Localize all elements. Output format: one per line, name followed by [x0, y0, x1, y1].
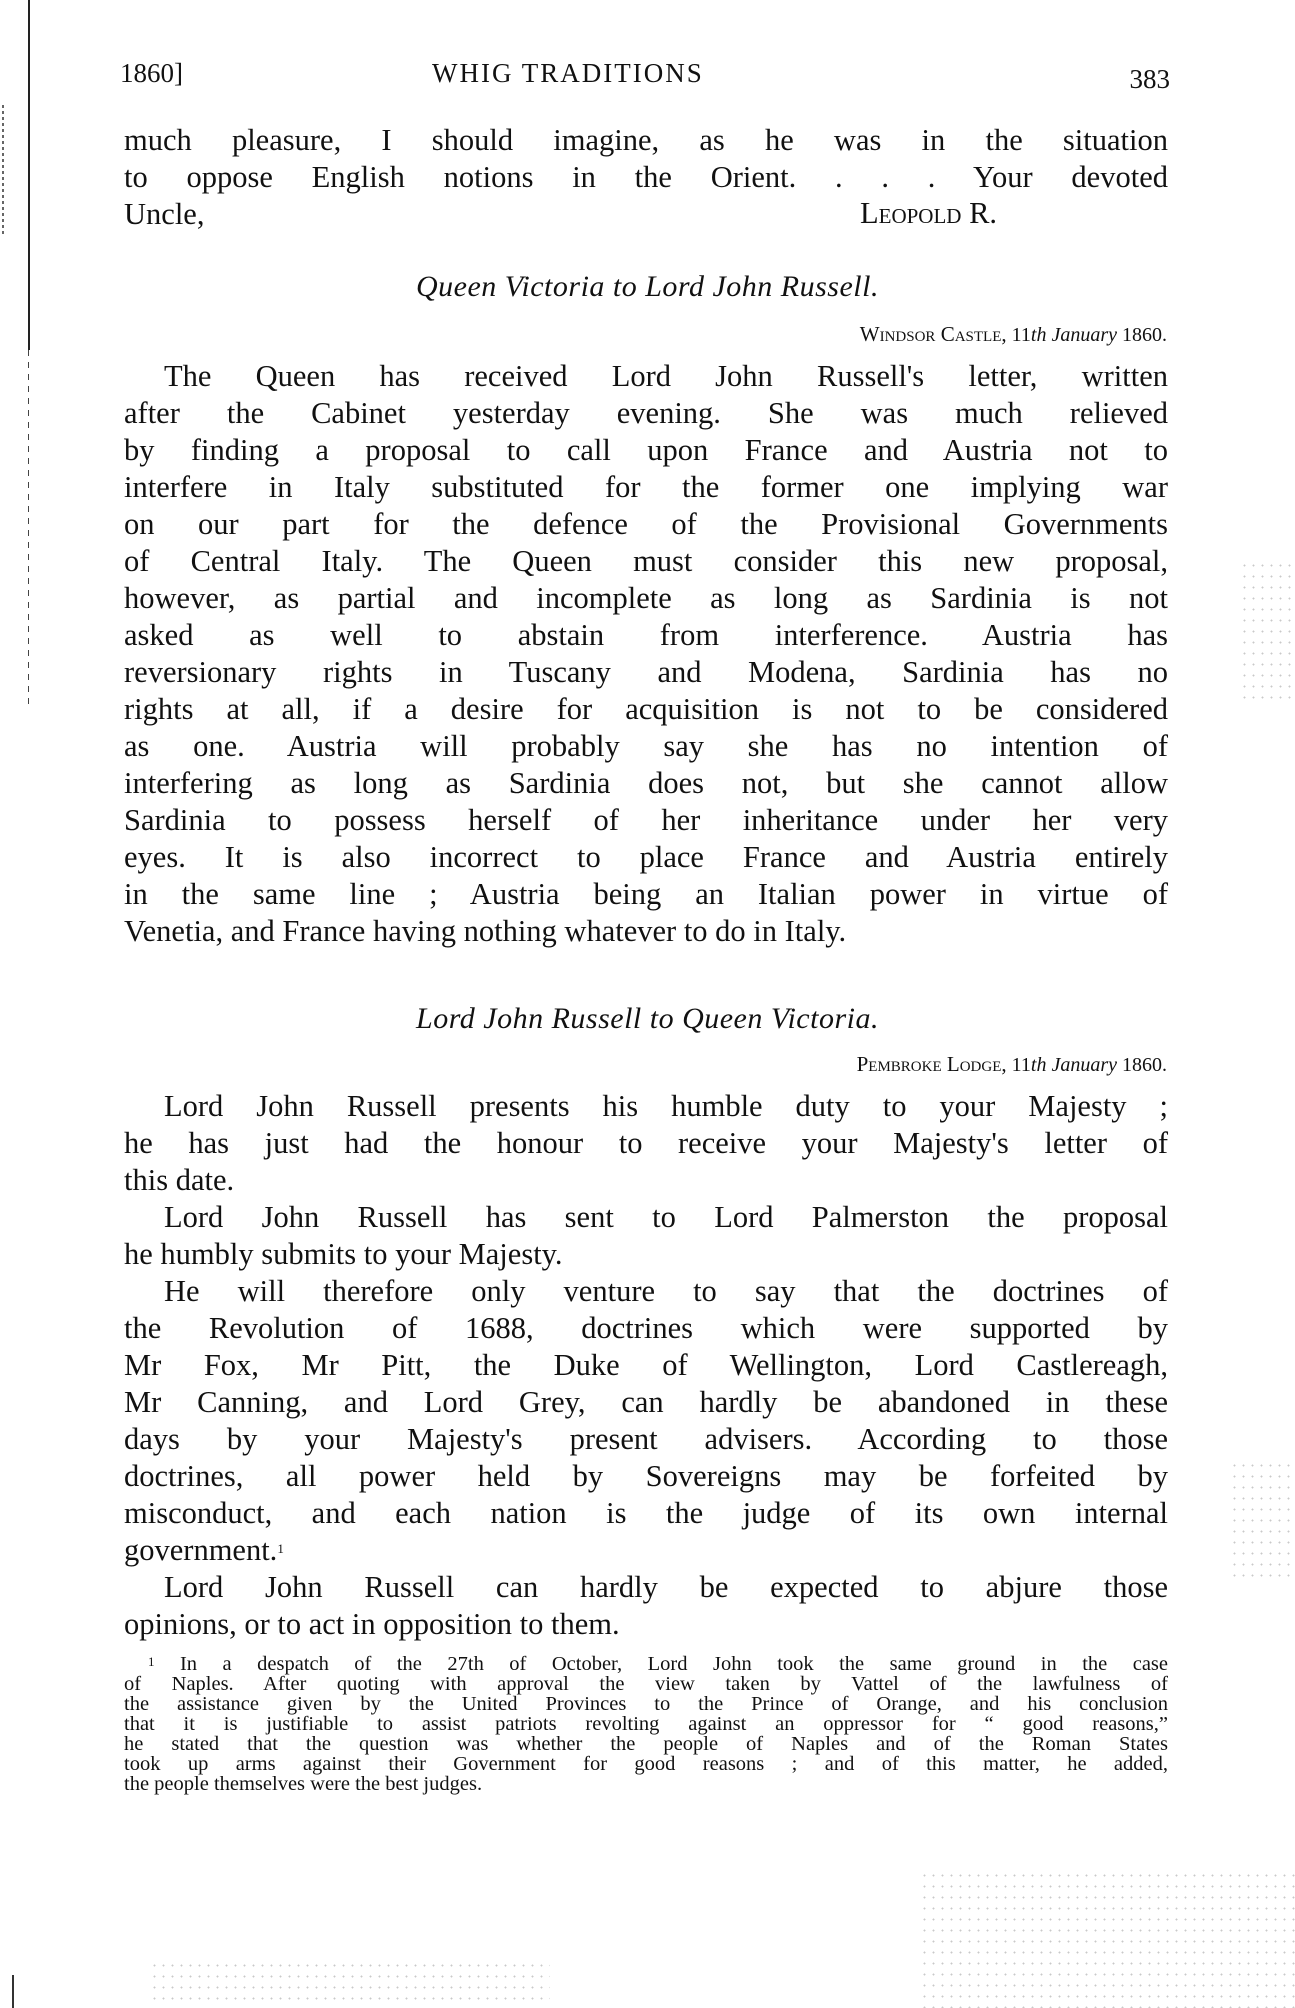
text-line: Venetia, and France having nothing whate… [124, 913, 1168, 950]
text-line: Lord John Russell presents his humble du… [164, 1088, 1168, 1125]
text-line: Sardinia to possess herself of her inher… [124, 802, 1168, 839]
running-title: WHIG TRADITIONS [432, 58, 704, 89]
text-line: Uncle, [124, 196, 1168, 233]
book-page: 1860] WHIG TRADITIONS 383 much pleasure,… [0, 0, 1295, 2008]
dateline-place: Windsor Castle, [860, 322, 1007, 346]
text-line: much pleasure, I should imagine, as he w… [124, 122, 1168, 159]
footnote-text: In a despatch of the 27th of October, Lo… [180, 1653, 1168, 1675]
text-line: misconduct, and each nation is the judge… [124, 1495, 1168, 1532]
page-number: 383 [1130, 64, 1171, 95]
footnote-line: that it is justifiable to assist patriot… [124, 1714, 1168, 1734]
footnote-line: the assistance given by the United Provi… [124, 1694, 1168, 1714]
scan-noise [1230, 1460, 1295, 1580]
text-line: however, as partial and incomplete as lo… [124, 580, 1168, 617]
text-line: interfering as long as Sardinia does not… [124, 765, 1168, 802]
letter-heading: Lord John Russell to Queen Victoria. [0, 1002, 1295, 1036]
dateline-year: 1860. [1122, 324, 1167, 346]
text-line: this date. [124, 1162, 1168, 1199]
scan-noise [920, 1870, 1295, 2008]
letter-dateline: Windsor Castle, 11th January 1860. [860, 322, 1167, 347]
letter-heading: Queen Victoria to Lord John Russell. [0, 270, 1295, 304]
footnote-line: he stated that the question was whether … [124, 1734, 1168, 1754]
text-line: of Central Italy. The Queen must conside… [124, 543, 1168, 580]
scan-noise [1240, 560, 1295, 700]
dateline-place: Pembroke Lodge, [857, 1052, 1007, 1076]
text-line: Mr Fox, Mr Pitt, the Duke of Wellington,… [124, 1347, 1168, 1384]
dateline-day: 11th [1012, 1054, 1047, 1076]
footnote-line: 1 In a despatch of the 27th of October, … [148, 1654, 1168, 1674]
text-line-with-footnote: government.1 [124, 1532, 1168, 1569]
text-line: days by your Majesty's present advisers.… [124, 1421, 1168, 1458]
footnote-reference[interactable]: 1 [277, 1541, 284, 1556]
text-line-content: government. [124, 1533, 277, 1567]
footnote-line: the people themselves were the best judg… [124, 1774, 1168, 1794]
text-line: by finding a proposal to call upon Franc… [124, 432, 1168, 469]
text-line: doctrines, all power held by Sovereigns … [124, 1458, 1168, 1495]
text-line: Lord John Russell can hardly be expected… [164, 1569, 1168, 1606]
text-line: on our part for the defence of the Provi… [124, 506, 1168, 543]
text-line: as one. Austria will probably say she ha… [124, 728, 1168, 765]
footnote-line: of Naples. After quoting with approval t… [124, 1674, 1168, 1694]
header-year: 1860] [120, 58, 183, 89]
text-line: opinions, or to act in opposition to the… [124, 1606, 1168, 1643]
dateline-month: January [1051, 324, 1117, 346]
text-line: the Revolution of 1688, doctrines which … [124, 1310, 1168, 1347]
text-line: he humbly submits to your Majesty. [124, 1236, 1168, 1273]
text-line: reversionary rights in Tuscany and Moden… [124, 654, 1168, 691]
text-line: The Queen has received Lord John Russell… [164, 358, 1168, 395]
text-line: rights at all, if a desire for acquisiti… [124, 691, 1168, 728]
text-line: eyes. It is also incorrect to place Fran… [124, 839, 1168, 876]
scan-noise [150, 1960, 550, 2008]
scan-margin-line-bottom [12, 1975, 14, 2008]
dateline-day: 11th [1012, 324, 1047, 346]
signature: Leopold R. [860, 196, 997, 231]
text-line: after the Cabinet yesterday evening. She… [124, 395, 1168, 432]
text-line: Mr Canning, and Lord Grey, can hardly be… [124, 1384, 1168, 1421]
text-line: He will therefore only venture to say th… [164, 1273, 1168, 1310]
text-line: asked as well to abstain from interferen… [124, 617, 1168, 654]
text-line: to oppose English notions in the Orient.… [124, 159, 1168, 196]
dateline-month: January [1051, 1054, 1117, 1076]
scan-margin-line-dashed [28, 350, 29, 710]
text-line: in the same line ; Austria being an Ital… [124, 876, 1168, 913]
text-line: he has just had the honour to receive yo… [124, 1125, 1168, 1162]
letter-dateline: Pembroke Lodge, 11th January 1860. [857, 1052, 1167, 1077]
dateline-year: 1860. [1122, 1054, 1167, 1076]
scan-edge-mark [2, 105, 4, 235]
text-line: Lord John Russell has sent to Lord Palme… [164, 1199, 1168, 1236]
text-line: interfere in Italy substituted for the f… [124, 469, 1168, 506]
footnote-marker: 1 [148, 1654, 155, 1669]
footnote-line: took up arms against their Government fo… [124, 1754, 1168, 1774]
running-header: 1860] WHIG TRADITIONS 383 [120, 58, 1170, 98]
